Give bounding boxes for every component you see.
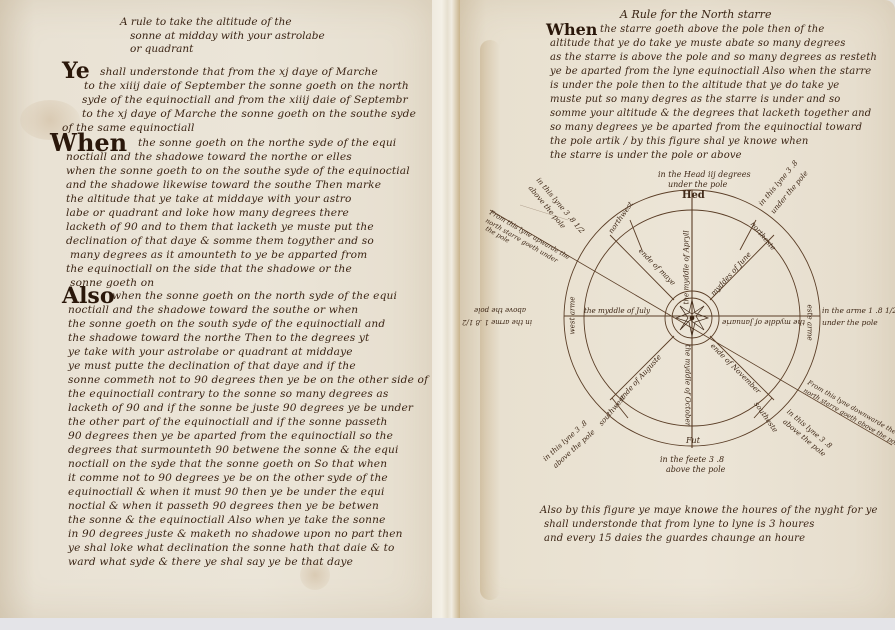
outer-label-right: in the arme 1 .8 1/2 [822,306,895,315]
left-folio: A rule to take the altitude of the sonne… [0,0,432,618]
text-line: lacketh of 90 and to them that lacketh y… [66,221,374,233]
text-line: the equinoctiall contrary to the sonne s… [68,388,388,400]
ring-label-east: este arme [806,305,815,341]
text-line: in 90 degrees juste & maketh no shadowe … [68,528,403,540]
text-line: ward what syde & there ye shal say ye be… [68,556,353,568]
scan-background [0,618,895,630]
text-line: noctiall and the shadowe toward the sout… [68,304,358,316]
text-line: the sonne goeth on the south syde of the… [68,318,385,330]
text-line: shall understonde that from the xj daye … [100,66,378,78]
text-line: the sonne goeth on the northe syde of th… [138,137,396,149]
inner-label-top: the myddle of Apryll [682,230,691,304]
foot-label: Fut [686,436,700,445]
outer-label-left: above the pole [474,306,526,314]
text-line: equinoctiall & when it must 90 then ye b… [68,486,385,498]
text-line: the shadowe toward the northe Then to th… [68,332,369,344]
text-line: 90 degrees then ye be aparted from the e… [68,430,393,442]
text-line: declination of that daye & somme them to… [66,235,374,247]
text-line: noctiall and the shadowe toward the nort… [66,151,352,163]
text-line: many degrees as it amounteth to ye be ap… [70,249,367,261]
text-line: to the xiiij daie of September the sonne… [84,80,409,92]
text-line: and the shadowe likewise toward the sout… [66,179,381,191]
text-line: the other part of the equinoctiall and i… [68,416,388,428]
inner-label-bottom: the myddle of October [684,345,693,427]
text-line: ye take with your astrolabe or quadrant … [68,346,353,358]
binding-gutter [432,0,460,630]
text-line: to the xj daye of Marche the sonne goeth… [82,108,416,120]
text-line: labe or quadrant and loke how many degre… [66,207,349,219]
text-line: when the sonne goeth to on the southe sy… [66,165,410,177]
text-line: the sonne & the equinoctiall Also when y… [68,514,386,526]
inner-label-right: the myddle of Januarie [722,318,805,327]
left-title-line: or quadrant [130,43,193,55]
outer-label-bottom: in the feete 3 .8 [660,455,724,464]
head-label: Hed [682,190,705,201]
text-line: when the sonne goeth on the north syde o… [112,290,397,302]
manuscript-spread: A rule to take the altitude of the sonne… [0,0,895,630]
text-line: ye shal loke what declination the sonne … [68,542,395,554]
outer-label-top: under the pole [668,180,727,189]
right-folio: A Rule for the North starre When the sta… [460,0,895,618]
left-title-line: sonne at midday with your astrolabe [130,30,325,42]
text-line: noctiall on the syde that the sonne goet… [68,458,387,470]
left-title-line: A rule to take the altitude of the [120,16,292,28]
text-line: the equinoctiall on the side that the sh… [66,263,352,275]
closing-line: shall understonde that from lyne to lyne… [544,519,815,530]
text-line: syde of the equinoctiall and from the xi… [82,94,408,106]
text-line: ye must putte the declination of that da… [68,360,356,372]
outer-label-top: in the Head iij degrees [658,170,751,179]
text-line: noctial & when it passeth 90 degrees the… [68,500,379,512]
closing-line: Also by this figure ye maye knowe the ho… [540,505,878,516]
text-line: it comme not to 90 degrees ye be on the … [68,472,388,484]
outer-label-left: in the arme 1 .8 1/2 [462,318,532,326]
outer-label-bottom: above the pole [666,465,725,474]
text-line: sonne commeth not to 90 degrees then ye … [68,374,428,386]
ring-label-west: west arme [568,296,577,334]
closing-line: and every 15 daies the guardes chaunge a… [544,533,805,544]
text-line: degrees that surmounteth 90 betwene the … [68,444,399,456]
text-line: lacketh of 90 and if the sonne be juste … [68,402,413,414]
outer-label-right: under the pole [822,318,878,327]
text-line: the altitude that ye take at middaye wit… [66,193,351,205]
inner-label-left: the myddle of July [584,306,650,315]
